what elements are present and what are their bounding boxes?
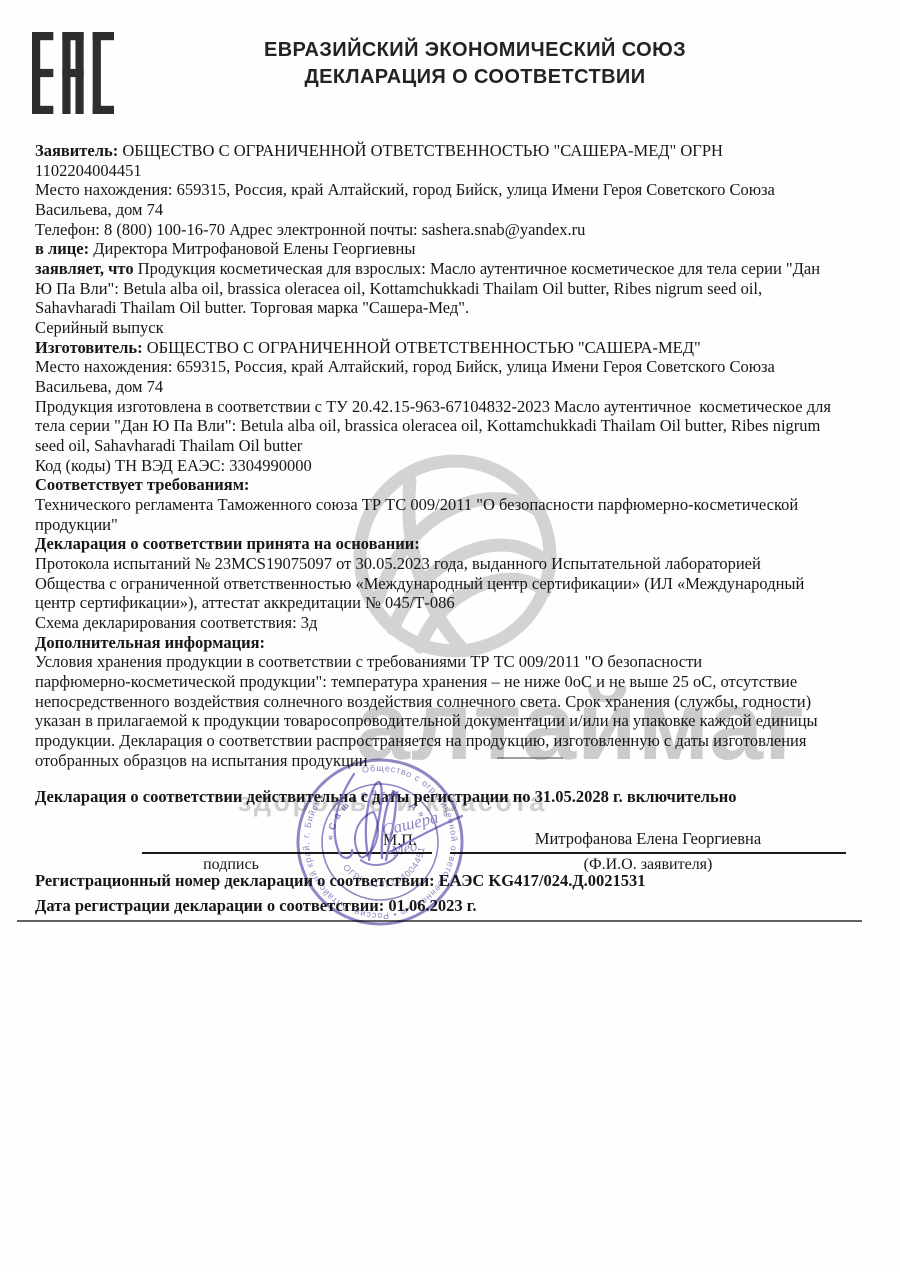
body-line: Код (коды) ТН ВЭД ЕАЭС: 3304990000 — [35, 456, 875, 476]
body-line: продукции. Декларация о соответствии рас… — [35, 731, 875, 751]
stamp-center-script-1: Сашера — [380, 808, 440, 840]
body-line: центр сертификации»), аттестат аккредита… — [35, 593, 875, 613]
body-line: Продукция изготовлена в соответствии с Т… — [35, 397, 875, 417]
body-line: Заявитель: ОБЩЕСТВО С ОГРАНИЧЕННОЙ ОТВЕТ… — [35, 141, 875, 161]
body-line: Sahavharadi Thailam Oil butter. Торговая… — [35, 298, 875, 318]
title-line-1: ЕВРАЗИЙСКИЙ ЭКОНОМИЧЕСКИЙ СОЮЗ — [130, 37, 820, 64]
body-line: seed oil, Sahavharadi Thailam Oil butter — [35, 436, 875, 456]
body-line: указан в прилагаемой к продукции товарос… — [35, 711, 875, 731]
svg-text:ОГРН 1102204004451: ОГРН 1102204004451 — [340, 843, 434, 898]
body-line: Декларация о соответствии принята на осн… — [35, 534, 875, 554]
body-line: продукции" — [35, 515, 875, 535]
body-line: Условия хранения продукции в соответстви… — [35, 652, 875, 672]
applicant-name-line — [450, 852, 846, 854]
declaration-body-text: Заявитель: ОБЩЕСТВО С ОГРАНИЧЕННОЙ ОТВЕТ… — [35, 141, 875, 771]
body-line: Технического регламента Таможенного союз… — [35, 495, 875, 515]
body-line: Место нахождения: 659315, Россия, край А… — [35, 357, 875, 377]
body-line: в лице: Директора Митрофановой Елены Гео… — [35, 239, 875, 259]
body-line: Изготовитель: ОБЩЕСТВО С ОГРАНИЧЕННОЙ ОТ… — [35, 338, 875, 358]
body-line: Телефон: 8 (800) 100-16-70 Адрес электро… — [35, 220, 875, 240]
body-line: тела серии "Дан Ю Па Вли": Betula alba o… — [35, 416, 875, 436]
bottom-divider — [17, 920, 862, 922]
body-line: Васильева, дом 74 — [35, 200, 875, 220]
applicant-name: Митрофанова Елена Георгиевна — [450, 829, 846, 849]
body-line: Соответствует требованиям: — [35, 475, 875, 495]
body-line: Протокола испытаний № 23MCS19075097 от 3… — [35, 554, 875, 574]
body-line: Схема декларирования соответствия: 3д — [35, 613, 875, 633]
body-line: Васильева, дом 74 — [35, 377, 875, 397]
body-line: Дополнительная информация: — [35, 633, 875, 653]
body-line: Серийный выпуск — [35, 318, 875, 338]
eac-mark-icon — [32, 32, 114, 114]
pen-dash-mark — [497, 757, 563, 759]
title-line-2: ДЕКЛАРАЦИЯ О СООТВЕТСТВИИ — [130, 64, 820, 91]
stamp-inner-bottom-text: ОГРН 1102204004451 — [340, 843, 434, 898]
stamp-ring-text: Общество с ограниченной ответственностью… — [284, 746, 476, 938]
body-line: Ю Па Вли": Betula alba oil, brassica ole… — [35, 279, 875, 299]
body-line: заявляет, что Продукция косметическая дл… — [35, 259, 875, 279]
body-line: парфюмерно-косметической продукции": тем… — [35, 672, 875, 692]
body-line: 1102204004451 — [35, 161, 875, 181]
svg-text:Общество с ограниченной ответс: Общество с ограниченной ответственностью… — [284, 746, 476, 938]
body-line: Общества с ограниченной ответственностью… — [35, 574, 875, 594]
document-title: ЕВРАЗИЙСКИЙ ЭКОНОМИЧЕСКИЙ СОЮЗ ДЕКЛАРАЦИ… — [130, 37, 820, 91]
body-line: непосредственного воздействия солнечного… — [35, 692, 875, 712]
body-line: Место нахождения: 659315, Россия, край А… — [35, 180, 875, 200]
declaration-document: ЕВРАЗИЙСКИЙ ЭКОНОМИЧЕСКИЙ СОЮЗ ДЕКЛАРАЦИ… — [0, 0, 900, 1272]
